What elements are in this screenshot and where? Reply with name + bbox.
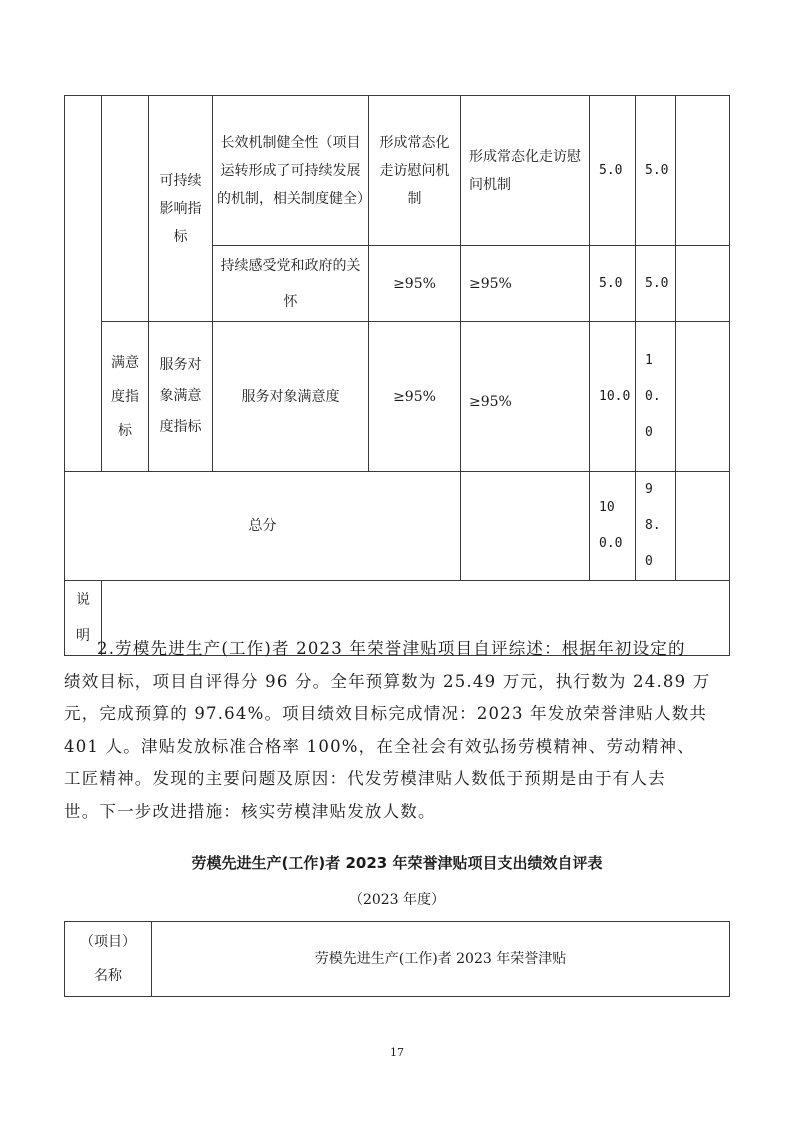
note-cell	[676, 96, 730, 246]
table-title: 劳模先进生产(工作)者 2023 年荣誉津贴项目支出绩效自评表	[0, 852, 794, 873]
performance-indicator-table: 可持续影响指标 长效机制健全性（项目运转形成了可持续发展的机制，相关制度健全） …	[64, 95, 730, 656]
target-value: ≥95%	[369, 246, 461, 322]
weight-value: 10.0	[590, 322, 636, 472]
indicator-satisfaction: 服务对象满意度	[213, 322, 369, 472]
total-label: 总分	[65, 472, 461, 581]
page-number: 17	[0, 1046, 794, 1059]
actual-value: 形成常态化走访慰问机制	[461, 96, 590, 246]
project-name-label: （项目）名称	[65, 922, 152, 997]
note-cell	[676, 472, 730, 581]
indicator-party-care: 持续感受党和政府的关怀	[213, 246, 369, 322]
level3-satisfaction: 服务对象满意度指标	[149, 322, 213, 472]
note-cell	[676, 322, 730, 472]
weight-value: 5.0	[590, 96, 636, 246]
self-evaluation-summary: 2.劳模先进生产(工作)者 2023 年荣誉津贴项目自评综述：根据年初设定的 绩…	[64, 633, 729, 828]
level2-cell-empty	[102, 96, 149, 322]
level2-satisfaction: 满意度指标	[102, 322, 149, 472]
summary-line: 绩效目标，项目自评得分 96 分。全年预算数为 25.49 万元，执行数为 24…	[64, 666, 729, 699]
weight-value: 5.0	[590, 246, 636, 322]
total-score: 98.0	[636, 472, 676, 581]
project-info-table: （项目）名称 劳模先进生产(工作)者 2023 年荣誉津贴	[64, 921, 730, 997]
note-cell	[676, 246, 730, 322]
level3-sustainable: 可持续影响指标	[149, 96, 213, 322]
score-value: 10.0	[636, 322, 676, 472]
target-value: 形成常态化走访慰问机制	[369, 96, 461, 246]
total-weight: 100.0	[590, 472, 636, 581]
target-value: ≥95%	[369, 322, 461, 472]
total-actual	[461, 472, 590, 581]
summary-line: 世。下一步改进措施：核实劳模津贴发放人数。	[64, 796, 729, 829]
actual-value: ≥95%	[461, 246, 590, 322]
actual-value: ≥95%	[461, 322, 590, 472]
level1-cell-empty	[65, 96, 102, 472]
indicator-long-term-mechanism: 长效机制健全性（项目运转形成了可持续发展的机制，相关制度健全）	[213, 96, 369, 246]
summary-line: 工匠精神。发现的主要问题及原因：代发劳模津贴人数低于预期是由于有人去	[64, 763, 729, 796]
summary-line: 2.劳模先进生产(工作)者 2023 年荣誉津贴项目自评综述：根据年初设定的	[64, 633, 729, 666]
score-value: 5.0	[636, 96, 676, 246]
project-name-value: 劳模先进生产(工作)者 2023 年荣誉津贴	[152, 922, 730, 997]
score-value: 5.0	[636, 246, 676, 322]
summary-line: 401 人。津贴发放标准合格率 100%，在全社会有效弘扬劳模精神、劳动精神、	[64, 731, 729, 764]
summary-line: 元，完成预算的 97.64%。项目绩效目标完成情况：2023 年发放荣誉津贴人数…	[64, 698, 729, 731]
table-subtitle: （2023 年度）	[0, 889, 794, 909]
